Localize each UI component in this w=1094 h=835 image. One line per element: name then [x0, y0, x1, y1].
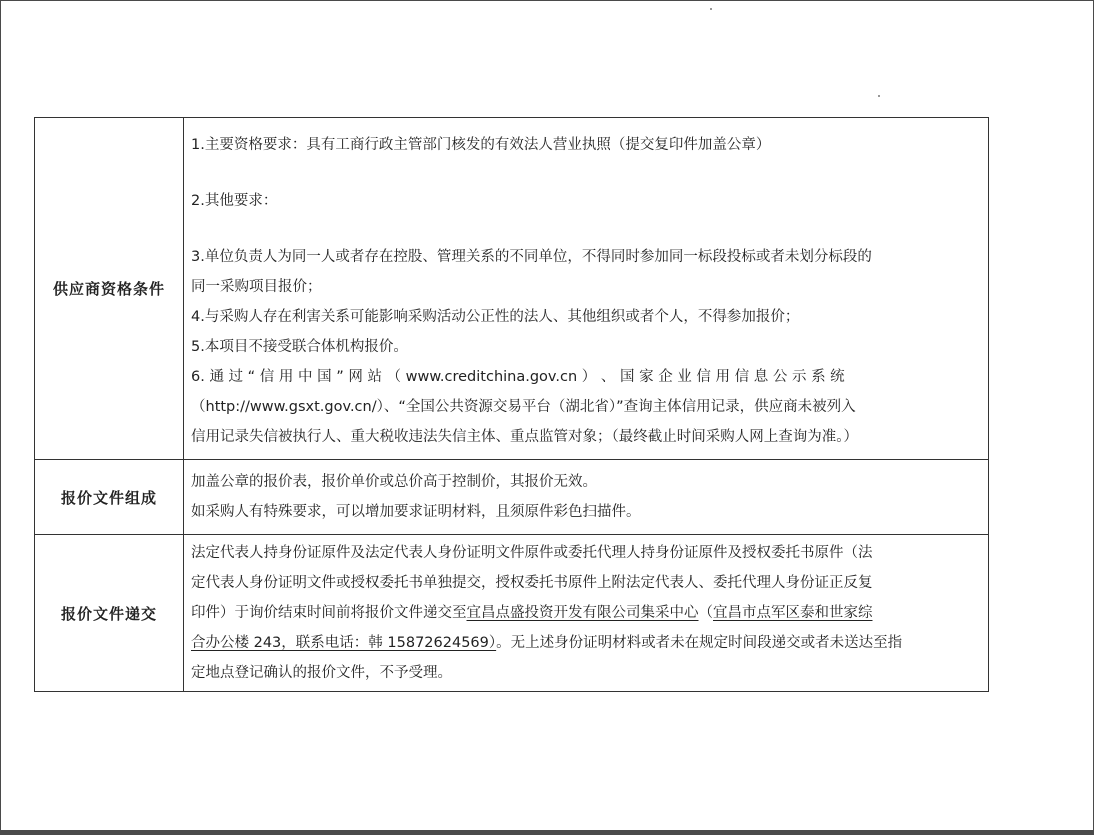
qualification-item-6-line-2: （http://www.gsxt.gov.cn/）、“全国公共资源交易平台（湖北… [191, 392, 982, 422]
table-row-supplier-qualifications: 供应商资格条件 1.主要资格要求：具有工商行政主管部门核发的有效法人营业执照（提… [35, 118, 989, 460]
scan-speck [878, 95, 880, 97]
qualification-item-6-line-1: 6. 通 过 “ 信 用 中 国 ” 网 站 （ www.creditchina… [191, 362, 982, 392]
submission-line-4: 合办公楼 243，联系电话：韩 15872624569）。无上述身份证明材料或者… [191, 628, 982, 658]
address-and-contact-phone: 合办公楼 243，联系电话：韩 15872624569） [191, 635, 496, 651]
procurement-center-name: 宜昌点盛投资开发有限公司集采中心 [467, 605, 699, 621]
row-label-quote-composition: 报价文件组成 [35, 460, 184, 535]
submission-line-2: 定代表人身份证明文件或授权委托书单独提交，授权委托书原件上附法定代表人、委托代理… [191, 568, 982, 598]
qualification-item-1: 1.主要资格要求：具有工商行政主管部门核发的有效法人营业执照（提交复印件加盖公章… [191, 130, 982, 160]
submission-line-3-prefix: 印件）于询价结束时间前将报价文件递交至 [191, 605, 467, 621]
composition-line-2: 如采购人有特殊要求，可以增加要求证明材料，且须原件彩色扫描件。 [191, 497, 982, 527]
row-label-quote-submission: 报价文件递交 [35, 535, 184, 692]
submission-line-3-paren: （ [699, 605, 714, 621]
quote-submission-content: 法定代表人持身份证原件及法定代表人身份证明文件原件或委托代理人持身份证原件及授权… [184, 535, 989, 692]
scan-speck [710, 8, 712, 10]
row-label-supplier-qualifications: 供应商资格条件 [35, 118, 184, 460]
qualification-item-2: 2.其他要求： [191, 186, 982, 216]
scanned-page: 供应商资格条件 1.主要资格要求：具有工商行政主管部门核发的有效法人营业执照（提… [0, 0, 1094, 835]
table-row-quote-submission: 报价文件递交 法定代表人持身份证原件及法定代表人身份证明文件原件或委托代理人持身… [35, 535, 989, 692]
submission-line-5: 定地点登记确认的报价文件，不予受理。 [191, 658, 982, 688]
qualification-item-6-line-3: 信用记录失信被执行人、重大税收违法失信主体、重点监管对象；（最终截止时间采购人网… [191, 422, 982, 452]
supplier-qualifications-content: 1.主要资格要求：具有工商行政主管部门核发的有效法人营业执照（提交复印件加盖公章… [184, 118, 989, 460]
qualification-item-3-line-1: 3.单位负责人为同一人或者存在控股、管理关系的不同单位，不得同时参加同一标段投标… [191, 242, 982, 272]
composition-line-1: 加盖公章的报价表，报价单价或总价高于控制价，其报价无效。 [191, 467, 982, 497]
quote-composition-content: 加盖公章的报价表，报价单价或总价高于控制价，其报价无效。 如采购人有特殊要求，可… [184, 460, 989, 535]
requirements-table: 供应商资格条件 1.主要资格要求：具有工商行政主管部门核发的有效法人营业执照（提… [34, 117, 989, 692]
submission-line-1: 法定代表人持身份证原件及法定代表人身份证明文件原件或委托代理人持身份证原件及授权… [191, 538, 982, 568]
table-row-quote-composition: 报价文件组成 加盖公章的报价表，报价单价或总价高于控制价，其报价无效。 如采购人… [35, 460, 989, 535]
qualification-item-3-line-2: 同一采购项目报价； [191, 272, 982, 302]
qualification-item-4: 4.与采购人存在利害关系可能影响采购活动公正性的法人、其他组织或者个人，不得参加… [191, 302, 982, 332]
address-part-1: 宜昌市点军区泰和世家综 [713, 605, 873, 621]
submission-line-3: 印件）于询价结束时间前将报价文件递交至宜昌点盛投资开发有限公司集采中心（宜昌市点… [191, 598, 982, 628]
submission-line-4-suffix: 。无上述身份证明材料或者未在规定时间段递交或者未送达至指 [496, 635, 902, 651]
qualification-item-5: 5.本项目不接受联合体机构报价。 [191, 332, 982, 362]
